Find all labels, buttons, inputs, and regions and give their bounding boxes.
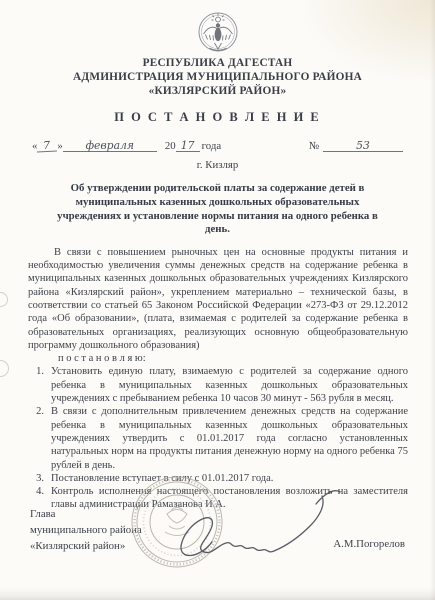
date-day-handwritten: 7 <box>37 140 58 153</box>
signer-post-line: муниципального района <box>30 523 142 539</box>
scan-artifact <box>0 292 8 307</box>
dagestan-coat-of-arms-icon <box>197 8 239 54</box>
signature-block: Глава муниципального района «Кизлярский … <box>30 507 405 554</box>
republic-name: РЕСПУБЛИКА ДАГЕСТАН <box>0 57 435 71</box>
resolution-item: 2. В связи с дополнительным привлечением… <box>30 405 408 471</box>
decree-title: Об утверждении родительской платы за сод… <box>55 182 381 236</box>
preamble-paragraph: В связи с повышением рыночных цен на осн… <box>28 246 408 352</box>
item-text: Установить единую плату, взимаемую с род… <box>51 365 408 405</box>
number-sign: № <box>309 140 319 152</box>
resolution-items: 1. Установить единую плату, взимаемую с … <box>30 365 408 511</box>
place-name: г. Кизляр <box>0 159 435 171</box>
resolution-item: 3. Постановление вступает в силу с 01.01… <box>30 472 408 485</box>
item-text: В связи с дополнительным привлечением де… <box>51 405 408 471</box>
signer-name: А.М.Погорелов <box>333 537 405 555</box>
item-number: 3. <box>30 472 44 485</box>
letterhead: РЕСПУБЛИКА ДАГЕСТАН АДМИНИСТРАЦИЯ МУНИЦИ… <box>0 0 435 125</box>
resolution-word: п о с т а н о в л я ю: <box>58 352 408 365</box>
decree-number-handwritten: 53 <box>323 140 403 152</box>
scan-artifact <box>0 360 9 377</box>
signer-post-line: Глава <box>30 507 142 523</box>
date-year-handwritten: 17 <box>176 140 200 152</box>
signer-post-line: «Кизлярский район» <box>30 539 142 555</box>
date-month-handwritten: февраля <box>63 140 157 152</box>
scanned-decree-page: РЕСПУБЛИКА ДАГЕСТАН АДМИНИСТРАЦИЯ МУНИЦИ… <box>0 0 435 600</box>
administration-name: АДМИНИСТРАЦИЯ МУНИЦИПАЛЬНОГО РАЙОНА <box>0 71 435 85</box>
resolution-item: 1. Установить единую плату, взимаемую с … <box>30 365 408 405</box>
item-text: Постановление вступает в силу с 01.01.20… <box>51 472 408 485</box>
date-year-word: года <box>202 140 222 152</box>
item-number: 2. <box>30 405 44 471</box>
signer-post: Глава муниципального района «Кизлярский … <box>30 507 142 554</box>
dateline: « 7 » февраля 20 17 года № 53 <box>32 140 403 152</box>
document-type-heading: П О С Т А Н О В Л Е Н И Е <box>0 110 435 125</box>
date-century: 20 <box>165 140 176 152</box>
scan-bottom-edge <box>0 588 435 600</box>
district-name: «КИЗЛЯРСКИЙ РАЙОН» <box>0 85 435 99</box>
item-number: 1. <box>30 365 44 405</box>
